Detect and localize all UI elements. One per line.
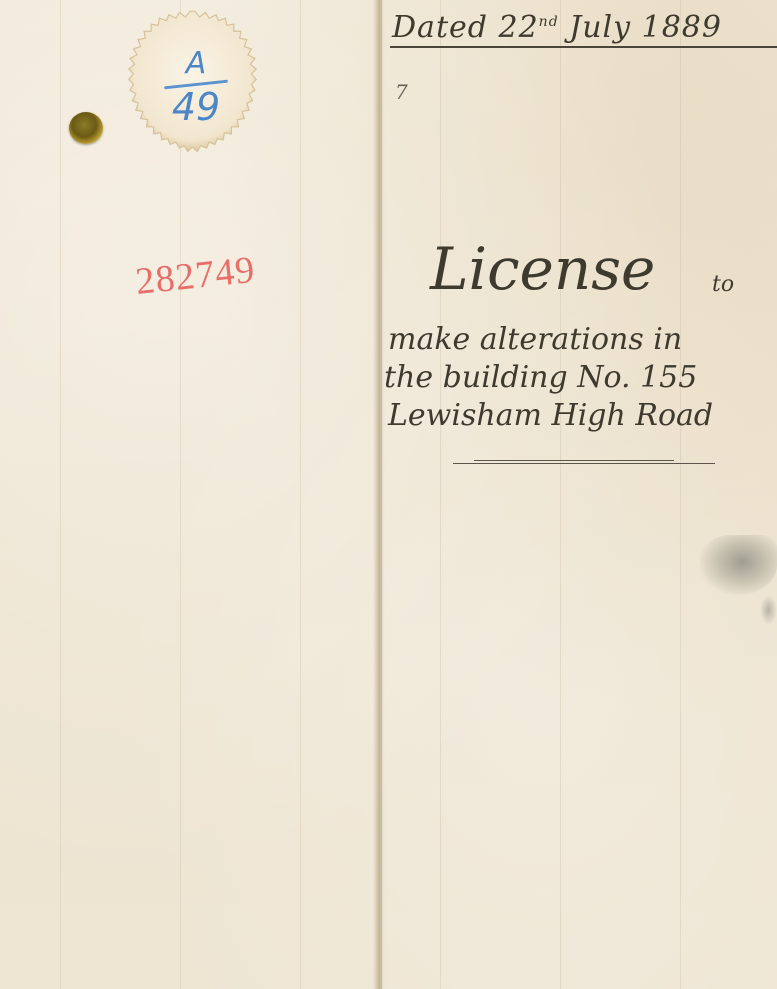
dated-ordinal: nd [539, 14, 559, 30]
ruled-line [440, 0, 441, 989]
ruled-line [680, 0, 681, 989]
document-title: License [430, 235, 655, 303]
body-line-1: make alterations in [388, 322, 682, 357]
right-panel [380, 0, 777, 989]
title-to: to [712, 272, 734, 297]
ruled-line [300, 0, 301, 989]
ruled-line [560, 0, 561, 989]
document-sheet: A 49 282749 Dated 22nd July 1889 7 Licen… [0, 0, 777, 989]
body-line-2: the building No. 155 [384, 360, 697, 395]
left-panel: A 49 282749 [0, 0, 380, 989]
brass-grommet-icon [69, 112, 103, 144]
scalloped-seal-label: A 49 [114, 10, 278, 174]
dated-prefix: Dated 22 [392, 10, 539, 45]
red-stamp-number: 282749 [133, 248, 257, 304]
seal-number: 49 [164, 88, 228, 126]
dated-underline [390, 46, 777, 48]
closing-rule-short [474, 460, 674, 461]
ruled-line [60, 0, 61, 989]
closing-rule-long [453, 463, 715, 464]
water-stain-small [760, 595, 777, 625]
margin-mark: 7 [395, 80, 408, 104]
dated-rest: July 1889 [559, 10, 722, 45]
body-line-3: Lewisham High Road [388, 398, 713, 433]
seal-letter: A [164, 49, 228, 79]
water-stain [700, 535, 777, 595]
seal-label-text: A 49 [164, 59, 228, 126]
dated-line: Dated 22nd July 1889 [392, 10, 722, 45]
